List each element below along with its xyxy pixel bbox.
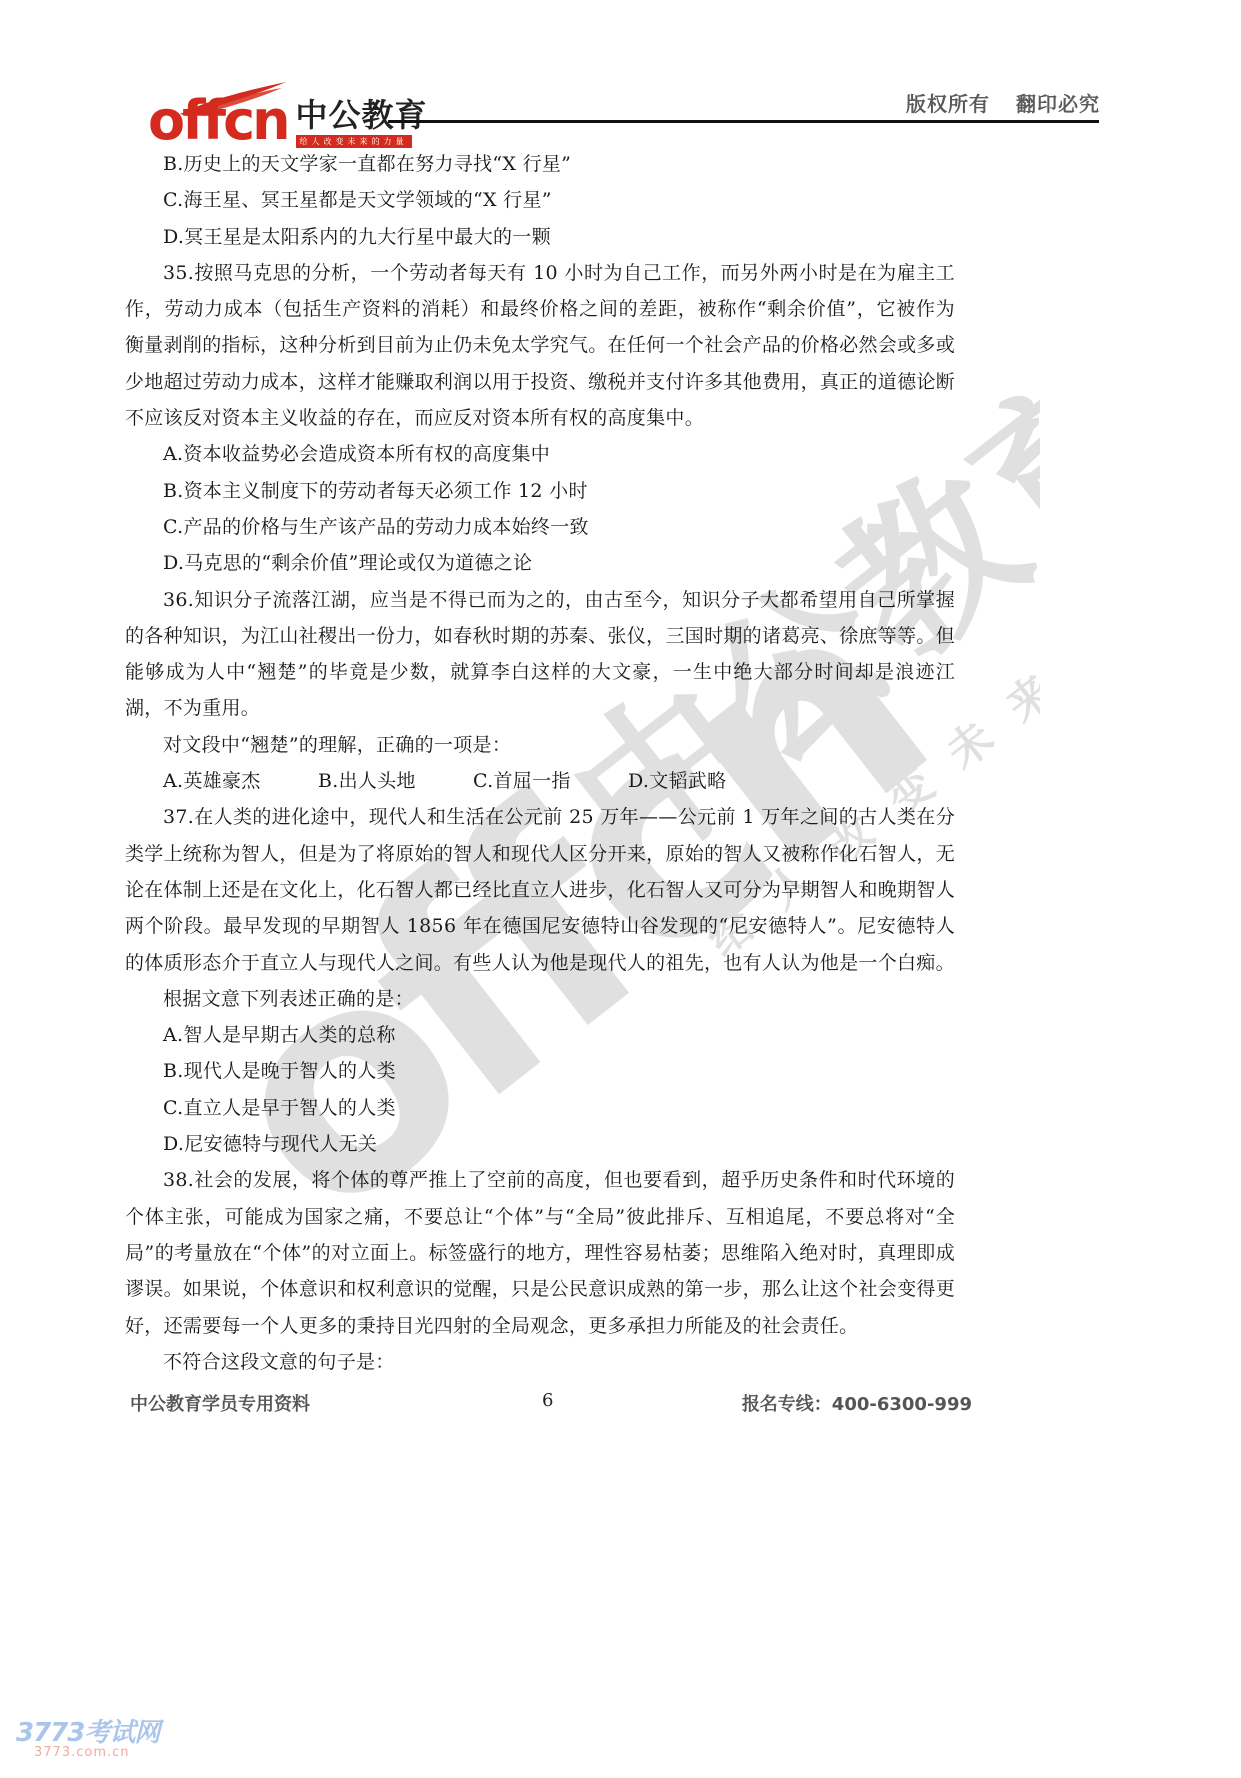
footer-hotline: 报名专线：400-6300-999 xyxy=(742,1390,972,1416)
page-footer: 中公教育学员专用资料 6 报名专线：400-6300-999 xyxy=(130,1390,970,1420)
q35-stem: 35.按照马克思的分析，一个劳动者每天有 10 小时为自己工作，而另外两小时是在… xyxy=(125,255,955,436)
q34-option-c: C.海王星、冥王星都是天文学领域的“X 行星” xyxy=(125,182,955,218)
q36-question: 对文段中“翘楚”的理解，正确的一项是： xyxy=(125,727,955,763)
q37-option-a: A.智人是早期古人类的总称 xyxy=(125,1017,955,1053)
q38-question: 不符合这段文意的句子是： xyxy=(125,1344,955,1380)
question-content: B.历史上的天文学家一直都在努力寻找“X 行星” C.海王星、冥王星都是天文学领… xyxy=(125,146,955,1380)
q34-option-d: D.冥王星是太阳系内的九大行星中最大的一颗 xyxy=(125,219,955,255)
site-stamp-logo: 3773考试网 xyxy=(16,1712,176,1749)
footer-material-label: 中公教育学员专用资料 xyxy=(130,1390,310,1416)
q34-option-b: B.历史上的天文学家一直都在努力寻找“X 行星” xyxy=(125,146,955,182)
site-stamp: 3773考试网 3773.com.cn xyxy=(16,1712,176,1760)
q37-option-c: C.直立人是早于智人的人类 xyxy=(125,1090,955,1126)
offcn-logo: offcn 中公教育 给人改变未来的力量 xyxy=(148,78,428,148)
document-page: offcn 中公教育 给人改变未来的力量 版权所有翻印必究 offcn 中公教育… xyxy=(0,0,1241,1778)
q37-option-b: B.现代人是晚于智人的人类 xyxy=(125,1053,955,1089)
q35-option-c: C.产品的价格与生产该产品的劳动力成本始终一致 xyxy=(125,509,955,545)
q36-stem: 36.知识分子流落江湖，应当是不得已而为之的，由古至今，知识分子大都希望用自己所… xyxy=(125,582,955,727)
q36-option-c: C.首屈一指 xyxy=(473,763,628,799)
q36-options: A.英雄豪杰 B.出人头地 C.首屈一指 D.文韬武略 xyxy=(125,763,955,799)
q36-option-d: D.文韬武略 xyxy=(628,763,783,799)
header-divider xyxy=(388,120,1099,123)
q37-option-d: D.尼安德特与现代人无关 xyxy=(125,1126,955,1162)
q35-option-a: A.资本收益势必会造成资本所有权的高度集中 xyxy=(125,436,955,472)
logo-swoosh-icon xyxy=(178,80,288,116)
logo-english: offcn xyxy=(148,94,288,148)
q36-option-a: A.英雄豪杰 xyxy=(163,763,318,799)
copyright-notice: 版权所有翻印必究 xyxy=(906,88,1100,117)
page-header: offcn 中公教育 给人改变未来的力量 版权所有翻印必究 xyxy=(130,72,1090,152)
logo-chinese: 中公教育 xyxy=(296,99,428,133)
q35-option-b: B.资本主义制度下的劳动者每天必须工作 12 小时 xyxy=(125,473,955,509)
page-number: 6 xyxy=(542,1390,553,1411)
q37-question: 根据文意下列表述正确的是： xyxy=(125,981,955,1017)
q37-stem: 37.在人类的进化途中，现代人和生活在公元前 25 万年——公元前 1 万年之间… xyxy=(125,799,955,980)
q35-option-d: D.马克思的“剩余价值”理论或仅为道德之论 xyxy=(125,545,955,581)
q36-option-b: B.出人头地 xyxy=(318,763,473,799)
q38-stem: 38.社会的发展，将个体的尊严推上了空前的高度，但也要看到，超乎历史条件和时代环… xyxy=(125,1162,955,1343)
